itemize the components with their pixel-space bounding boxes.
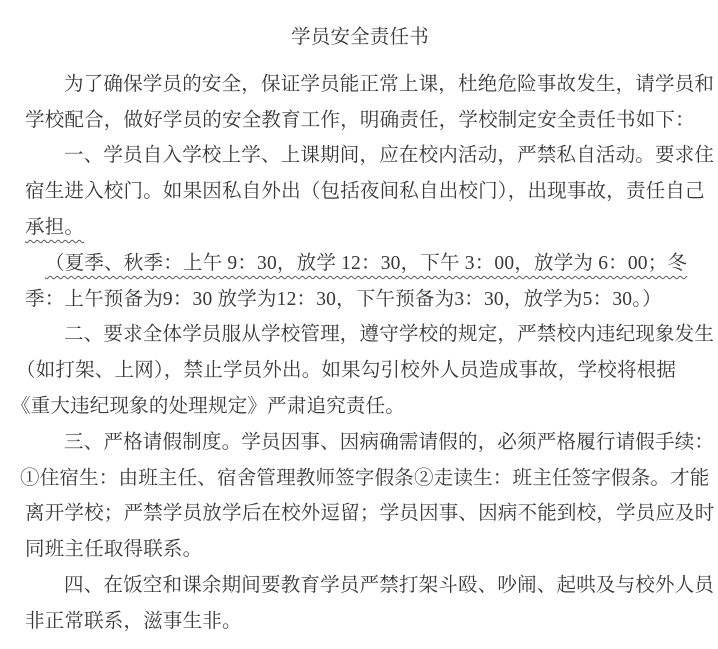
line-text: 一、学员自入学校上学、上课期间，应在校内活动，严禁私自活动。要求住: [64, 145, 714, 166]
paragraph-item-one: 一、学员自入学校上学、上课期间，应在校内活动，严禁私自活动。要求住 宿生进入校门…: [25, 138, 695, 245]
line-text: 三、严格请假制度。学员因事、因病确需请假的，必须严格履行请假手续：: [64, 432, 714, 453]
document-line: 一、学员自入学校上学、上课期间，应在校内活动，严禁私自活动。要求住: [25, 138, 695, 174]
document-page: 学员安全责任书 为了确保学员的安全，保证学员能正常上课，杜绝危险事故发生，请学员…: [0, 0, 718, 649]
line-text-wavy-underlined: 承担。: [25, 217, 84, 238]
paragraph-item-two: 二、要求全体学员服从学校管理，遵守学校的规定，严禁校内违纪现象发生 （如打架、上…: [25, 317, 695, 424]
line-text: 同班主任取得联系。: [25, 539, 202, 560]
document-line: 《重大违纪现象的处理规定》严肃追究责任。: [11, 389, 695, 425]
paragraph-schedule-note: （夏季、秋季：上午 9：30，放学 12：30，下午 3：00，放学为 6：00…: [25, 246, 695, 318]
line-text: 季：上午预备为9：30 放学为12：30，下午预备为3：30，放学为5：30。）: [25, 289, 662, 310]
document-line: 宿生进入校门。如果因私自外出（包括夜间私自出校门），出现事故，责任自己: [25, 174, 695, 210]
line-text: 《重大违纪现象的处理规定》严肃追究责任。: [11, 396, 405, 417]
line-text: 二、要求全体学员服从学校管理，遵守学校的规定，严禁校内违纪现象发生: [64, 324, 714, 345]
document-line: （夏季、秋季：上午 9：30，放学 12：30，下午 3：00，放学为 6：00…: [25, 246, 695, 282]
document-line: 同班主任取得联系。: [25, 532, 695, 568]
document-line: 三、严格请假制度。学员因事、因病确需请假的，必须严格履行请假手续：: [25, 425, 695, 461]
line-text-wavy-underlined: （夏季、秋季：上午 9：30，放学 12：30，下午 3：00，放学为 6：00…: [45, 253, 687, 274]
title-gap: [25, 56, 695, 67]
line-text: （如打架、上网），禁止学员外出。如果勾引校外人员造成事故，学校将根据: [16, 360, 676, 381]
document-line: 为了确保学员的安全，保证学员能正常上课，杜绝危险事故发生，请学员和: [25, 67, 695, 103]
document-line: 承担。: [25, 210, 695, 246]
line-text: 为了确保学员的安全，保证学员能正常上课，杜绝危险事故发生，请学员和: [64, 74, 714, 95]
line-text: 宿生进入校门。如果因私自外出（包括夜间私自出校门），出现事故，责任自己: [25, 181, 705, 202]
document-line: 二、要求全体学员服从学校管理，遵守学校的规定，严禁校内违纪现象发生: [25, 317, 695, 353]
line-text: 四、在饭空和课余期间要教育学员严禁打架斗殴、吵闹、起哄及与校外人员: [64, 575, 714, 596]
paragraph-intro: 为了确保学员的安全，保证学员能正常上课，杜绝危险事故发生，请学员和 学校配合，做…: [25, 67, 695, 139]
document-line: 离开学校；严禁学员放学后在校外逗留；学员因事、因病不能到校，学员应及时: [25, 496, 695, 532]
paragraph-item-four: 四、在饭空和课余期间要教育学员严禁打架斗殴、吵闹、起哄及与校外人员 非正常联系，…: [25, 568, 695, 640]
line-text: ①住宿生：由班主任、宿舍管理教师签字假条②走读生：班主任签字假条。才能: [20, 468, 710, 489]
paragraph-item-three: 三、严格请假制度。学员因事、因病确需请假的，必须严格履行请假手续： ①住宿生：由…: [25, 425, 695, 568]
document-title: 学员安全责任书: [25, 20, 695, 56]
document-line: 季：上午预备为9：30 放学为12：30，下午预备为3：30，放学为5：30。）: [25, 282, 695, 318]
line-text: 离开学校；严禁学员放学后在校外逗留；学员因事、因病不能到校，学员应及时: [25, 503, 715, 524]
document-line: 四、在饭空和课余期间要教育学员严禁打架斗殴、吵闹、起哄及与校外人员: [25, 568, 695, 604]
line-text: 非正常联系，滋事生非。: [25, 611, 242, 632]
line-text: 学校配合，做好学员的安全教育工作，明确责任，学校制定安全责任书如下：: [25, 110, 695, 131]
document-line: ①住宿生：由班主任、宿舍管理教师签字假条②走读生：班主任签字假条。才能: [20, 461, 695, 497]
document-line: 学校配合，做好学员的安全教育工作，明确责任，学校制定安全责任书如下：: [25, 103, 695, 139]
document-line: （如打架、上网），禁止学员外出。如果勾引校外人员造成事故，学校将根据: [16, 353, 695, 389]
document-body: 学员安全责任书 为了确保学员的安全，保证学员能正常上课，杜绝危险事故发生，请学员…: [25, 20, 695, 640]
document-line: 非正常联系，滋事生非。: [25, 604, 695, 640]
